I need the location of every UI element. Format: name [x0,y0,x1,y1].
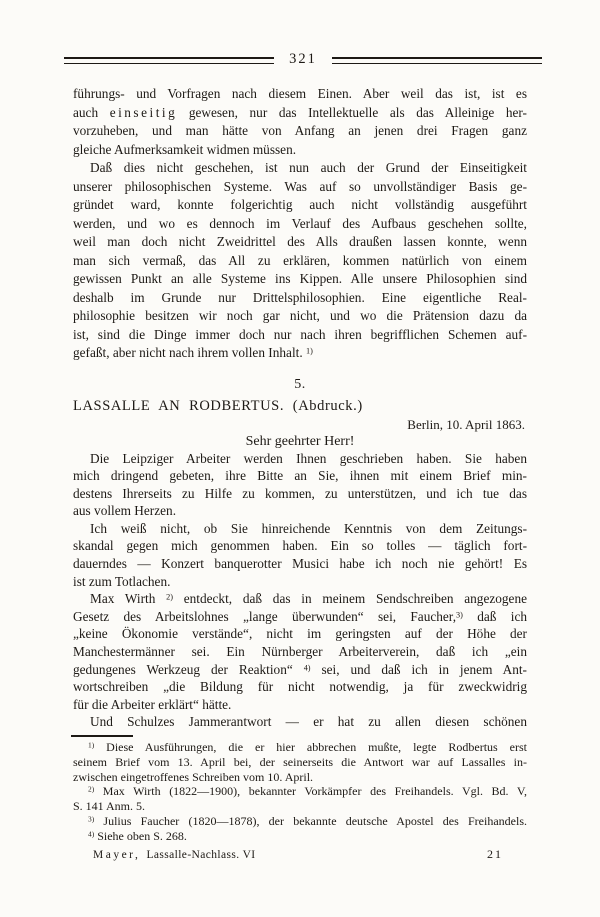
text-line: gewissen Punkt an alle Systeme ins Kippe… [73,270,527,289]
text-line: dauerndes — Konzert banquerotter Musici … [73,555,527,573]
paragraph: Daß dies nicht geschehen, ist nun auch d… [73,159,527,363]
text-line: S. 141 Anm. 5. [73,799,527,814]
paragraph: führungs- und Vorfragen nach diesem Eine… [73,85,527,159]
text-line: gleiche Aufmerksamkeit widmen müssen. [73,141,527,160]
text-line: Manchestermänner sei. Ein Nürnberger Arb… [73,643,527,661]
footnote-ref: 2) [166,593,173,602]
text-line: ist, sind die Dinge immer doch nur nach … [73,326,527,345]
paragraph: 1) Diese Ausführungen, die er hier abbre… [73,740,527,784]
page-footer: Mayer,Lassalle-Nachlass. VI 21 [73,847,527,862]
header-rule-left [64,57,274,64]
letter-dateline: Berlin, 10. April 1863. [73,417,527,433]
text-line: Und Schulzes Jammerantwort — er hat zu a… [73,713,527,731]
text-line: Ich weiß nicht, ob Sie hinreichende Kenn… [73,520,527,538]
text-line: 4) Siehe oben S. 268. [73,829,527,844]
footnote-text: 1) Diese Ausführungen, die er hier abbre… [73,740,527,844]
text-line: vorzuheben, und man hätte von Anfang an … [73,122,527,141]
letter-body: Die Leipziger Arbeiter werden Ihnen gesc… [73,450,527,732]
letter-title: LASSALLE AN RODBERTUS. (Abdruck.) [73,396,527,416]
paragraph: Und Schulzes Jammerantwort — er hat zu a… [73,713,527,731]
text-line: skandal gegen mich genommen haben. Ein s… [73,537,527,555]
text-line: „keine Ökonomie verstände“, nicht im ger… [73,625,527,643]
paragraph: 2) Max Wirth (1822—1900), bekannter Vork… [73,784,527,814]
letter-heading: 5. LASSALLE AN RODBERTUS. (Abdruck.) Ber… [73,375,527,450]
text-line: Gesetz des Arbeitslohnes „lange überwund… [73,608,527,626]
footer-editor-name: Mayer, [93,849,140,861]
page-number: 321 [289,52,317,67]
text-line: deshalb im Grunde nur Drittelsphilosophi… [73,289,527,308]
footnote-ref: 4) [88,829,94,838]
text-line: gedungenes Werkzeug der Reaktion“ 4) sei… [73,661,527,679]
footnotes-section: 1) Diese Ausführungen, die er hier abbre… [73,735,527,844]
continuation-text: führungs- und Vorfragen nach diesem Eine… [73,85,527,363]
text-line: seinem Brief vom 13. April bei, der sein… [73,755,527,770]
footer-signature: Mayer,Lassalle-Nachlass. VI [73,848,256,862]
text-line: Daß dies nicht geschehen, ist nun auch d… [73,159,527,178]
footnote-separator-rule [71,735,133,737]
text-line: 3) Julius Faucher (1820—1878), der bekan… [73,814,527,829]
header-rule-right [332,57,542,64]
emphasized-text: einseitig [110,105,178,120]
footnote-ref: 3) [88,815,94,824]
footer-sheet-number: 21 [487,847,527,861]
page-header: 321 [64,0,542,68]
footnote-ref: 2) [88,785,94,794]
footnote-ref: 4) [304,663,311,672]
text-line: Max Wirth 2) entdeckt, daß das in meinem… [73,590,527,608]
text-line: auch einseitig gewesen, nur das Intellek… [73,104,527,123]
text-line: ist zum Totlachen. [73,573,527,591]
text-line: aus vollem Herzen. [73,502,527,520]
footnote-ref: 1) [88,741,94,750]
paragraph: 4) Siehe oben S. 268. [73,829,527,844]
text-line: für die Arbeiter erklärt“ hätte. [73,696,527,714]
text-line: werden, und wo es dennoch im Verlauf des… [73,215,527,234]
book-page: 321 führungs- und Vorfragen nach diesem … [0,0,600,917]
text-line: 2) Max Wirth (1822—1900), bekannter Vork… [73,784,527,799]
letter-number: 5. [73,375,527,394]
footnote-ref: 1) [306,346,313,355]
text-line: führungs- und Vorfragen nach diesem Eine… [73,85,527,104]
text-line: destens Ihrerseits zu Hilfe zu kommen, z… [73,485,527,503]
paragraph: 3) Julius Faucher (1820—1878), der bekan… [73,814,527,829]
text-line: weil man doch nicht Zweidrittel des Alls… [73,233,527,252]
text-line: gründet ward, konnte folgerichtig auch n… [73,196,527,215]
text-line: philosophie besitzen wir noch gar nicht,… [73,307,527,326]
text-line: zwischen eingetroffenes Schreiben vom 10… [73,770,527,785]
text-line: mich dringend gebeten, ihre Bitte an Sie… [73,467,527,485]
text-line: Die Leipziger Arbeiter werden Ihnen gesc… [73,450,527,468]
footnote-ref: 3) [456,610,463,619]
paragraph: Ich weiß nicht, ob Sie hinreichende Kenn… [73,520,527,590]
text-line: wortschreiben „die Bildung für nicht not… [73,678,527,696]
paragraph: Max Wirth 2) entdeckt, daß das in meinem… [73,590,527,713]
text-line: man sich vermaß, das All zu erklären, ko… [73,252,527,271]
paragraph: Die Leipziger Arbeiter werden Ihnen gesc… [73,450,527,520]
text-line: gefaßt, aber nicht nach ihrem vollen Inh… [73,344,527,363]
letter-salutation: Sehr geehrter Herr! [73,433,527,450]
footer-work-title: Lassalle-Nachlass. VI [146,849,255,861]
text-line: 1) Diese Ausführungen, die er hier abbre… [73,740,527,755]
text-line: unserer philosophischen Systeme. Was auf… [73,178,527,197]
